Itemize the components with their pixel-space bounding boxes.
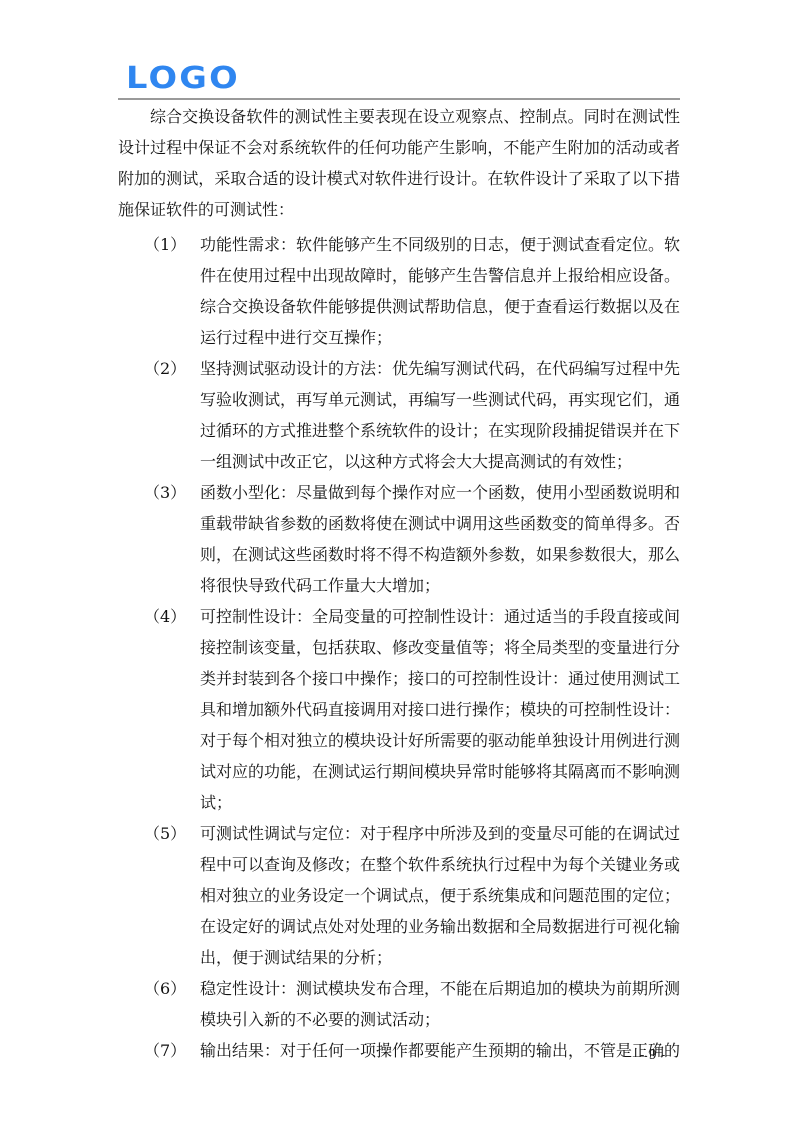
list-item: （1） 功能性需求：软件能够产生不同级别的日志，便于测试查看定位。软件在使用过程… <box>118 229 680 353</box>
list-item: （2） 坚持测试驱动设计的方法：优先编写测试代码，在代码编写过程中先写验收测试，… <box>118 353 680 477</box>
page-header: LOGO <box>118 62 680 100</box>
list-item: （3） 函数小型化：尽量做到每个操作对应一个函数，使用小型函数说明和重载带缺省参… <box>118 477 680 601</box>
list-item-number: （6） <box>144 973 194 1004</box>
logo: LOGO <box>126 64 240 94</box>
list-item-number: （1） <box>144 229 194 260</box>
list-item-text: 输出结果：对于任何一项操作都要能产生预期的输出，不管是正确的 <box>200 1041 680 1060</box>
list-item-number: （4） <box>144 601 194 632</box>
list-item-number: （3） <box>144 477 194 508</box>
list-item: （5） 可测试性调试与定位：对于程序中所涉及到的变量尽可能的在调试过程中可以查询… <box>118 818 680 973</box>
list-item-text: 坚持测试驱动设计的方法：优先编写测试代码，在代码编写过程中先写验收测试，再写单元… <box>200 359 680 471</box>
testability-measures-list: （1） 功能性需求：软件能够产生不同级别的日志，便于测试查看定位。软件在使用过程… <box>118 229 680 1066</box>
list-item-text: 可控制性设计：全局变量的可控制性设计：通过适当的手段直接或间接控制该变量，包括获… <box>200 607 680 812</box>
list-item-text: 函数小型化：尽量做到每个操作对应一个函数，使用小型函数说明和重载带缺省参数的函数… <box>200 483 680 595</box>
list-item-number: （5） <box>144 818 194 849</box>
list-item: （4） 可控制性设计：全局变量的可控制性设计：通过适当的手段直接或间接控制该变量… <box>118 601 680 818</box>
page-number: - 9 - <box>640 1048 665 1063</box>
document-page: LOGO 综合交换设备软件的测试性主要表现在设立观察点、控制点。同时在测试性设计… <box>0 0 800 1132</box>
body-content: 综合交换设备软件的测试性主要表现在设立观察点、控制点。同时在测试性设计过程中保证… <box>118 101 680 1066</box>
list-item-number: （2） <box>144 353 194 384</box>
intro-paragraph: 综合交换设备软件的测试性主要表现在设立观察点、控制点。同时在测试性设计过程中保证… <box>118 101 680 225</box>
list-item-text: 功能性需求：软件能够产生不同级别的日志，便于测试查看定位。软件在使用过程中出现故… <box>200 235 680 347</box>
header-divider <box>118 98 680 100</box>
list-item-text: 可测试性调试与定位：对于程序中所涉及到的变量尽可能的在调试过程中可以查询及修改；… <box>200 824 680 967</box>
list-item-text: 稳定性设计：测试模块发布合理，不能在后期追加的模块为前期所测模块引入新的不必要的… <box>200 979 680 1029</box>
list-item: （7） 输出结果：对于任何一项操作都要能产生预期的输出，不管是正确的 <box>118 1035 680 1066</box>
list-item-number: （7） <box>144 1035 194 1066</box>
list-item: （6） 稳定性设计：测试模块发布合理，不能在后期追加的模块为前期所测模块引入新的… <box>118 973 680 1035</box>
